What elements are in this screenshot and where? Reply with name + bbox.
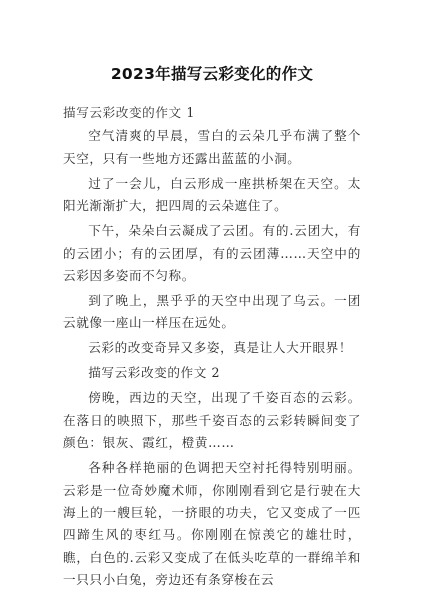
document-body: 描写云彩改变的作文 1 空气清爽的早晨，雪白的云朵几乎布满了整个天空，只有一些地… [63, 102, 361, 594]
paragraph: 傍晚，西边的天空，出现了千姿百态的云彩。在落日的映照下，那些千姿百态的云彩转瞬间… [63, 387, 361, 454]
paragraph: 空气清爽的早晨，雪白的云朵几乎布满了整个天空，只有一些地方还露出蓝蓝的小洞。 [63, 125, 361, 170]
section-1-heading: 描写云彩改变的作文 1 [63, 102, 361, 124]
document-title: 2023年描写云彩变化的作文 [0, 62, 424, 84]
paragraph: 到了晚上，黑乎乎的天空中出现了乌云。一团云就像一座山一样压在远处。 [63, 290, 361, 335]
paragraph: 各种各样艳丽的色调把天空衬托得特别明丽。云彩是一位奇妙魔术师，你刚刚看到它是行驶… [63, 457, 361, 591]
paragraph: 云彩的改变奇异又多姿，真是让人大开眼界！ [63, 337, 361, 359]
document-page: 2023年描写云彩变化的作文 描写云彩改变的作文 1 空气清爽的早晨，雪白的云朵… [0, 0, 424, 600]
section-2-heading: 描写云彩改变的作文 2 [63, 362, 361, 384]
paragraph: 过了一会儿，白云形成一座拱桥架在天空。太阳光渐渐扩大，把四周的云朵遮住了。 [63, 173, 361, 218]
paragraph: 下午，朵朵白云凝成了云团。有的.云团大，有的云团小；有的云团厚，有的云团薄……天… [63, 220, 361, 287]
